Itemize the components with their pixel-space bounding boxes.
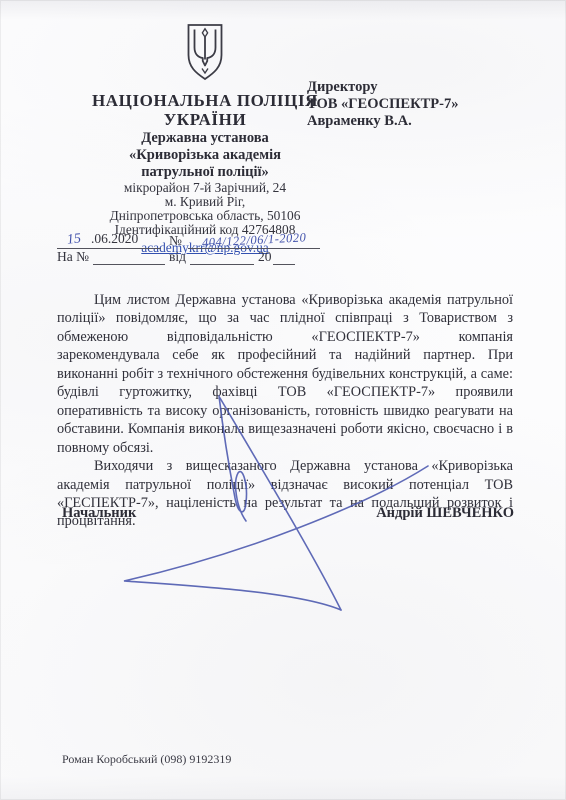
reply-date-slot [190,264,254,265]
letterhead: НАЦІОНАЛЬНА ПОЛІЦІЯ УКРАЇНИ Державна уст… [40,22,370,257]
reply-number-slot [93,264,165,265]
reply-year-prefix: 20 [258,249,272,265]
date-slot: 15.06.2020 [57,231,161,249]
outgoing-number-slot: 404/122/06/1-2020 [188,232,320,249]
contact-info: Роман Коробський (098) 9192319 [62,752,231,767]
number-sign-label: № [169,233,182,249]
signer-position: Начальник [62,505,136,522]
scanned-letter-page: НАЦІОНАЛЬНА ПОЛІЦІЯ УКРАЇНИ Державна уст… [0,0,566,800]
address-line3: Дніпропетровська область, 50106 [40,209,370,223]
institution-line2: «Криворізька академія [40,147,370,163]
printed-date: .06.2020 [91,231,138,246]
institution-line3: патрульної поліції» [40,164,370,180]
recipient-title: Директору [307,79,517,96]
handwritten-day: 15 [66,231,82,248]
recipient-company: ТОВ «ГЕОСПЕКТР-7» [307,96,517,113]
handwritten-outgoing-number: 404/122/06/1-2020 [201,230,306,250]
signer-name: Андрій ШЕВЧЕНКО [376,505,514,522]
recipient-person: Авраменку В.А. [307,113,517,130]
recipient-block: Директору ТОВ «ГЕОСПЕКТР-7» Авраменку В.… [307,79,517,130]
reference-row-reply: На № від 20 [57,249,335,265]
reference-row-date: 15.06.2020 № 404/122/06/1-2020 [57,231,335,249]
reply-from-label: від [169,249,186,265]
reply-year-slot [273,264,295,265]
address-line2: м. Кривий Ріг, [40,195,370,209]
institution-line1: Державна установа [40,130,370,146]
ukraine-trident-emblem-icon [182,22,228,87]
address-line1: мікрорайон 7-й Зарічний, 24 [40,181,370,195]
body-paragraph-1: Цим листом Державна установа «Криворізьк… [57,291,513,457]
letter-body: Цим листом Державна установа «Криворізьк… [57,291,513,531]
reply-to-label: На № [57,249,89,265]
